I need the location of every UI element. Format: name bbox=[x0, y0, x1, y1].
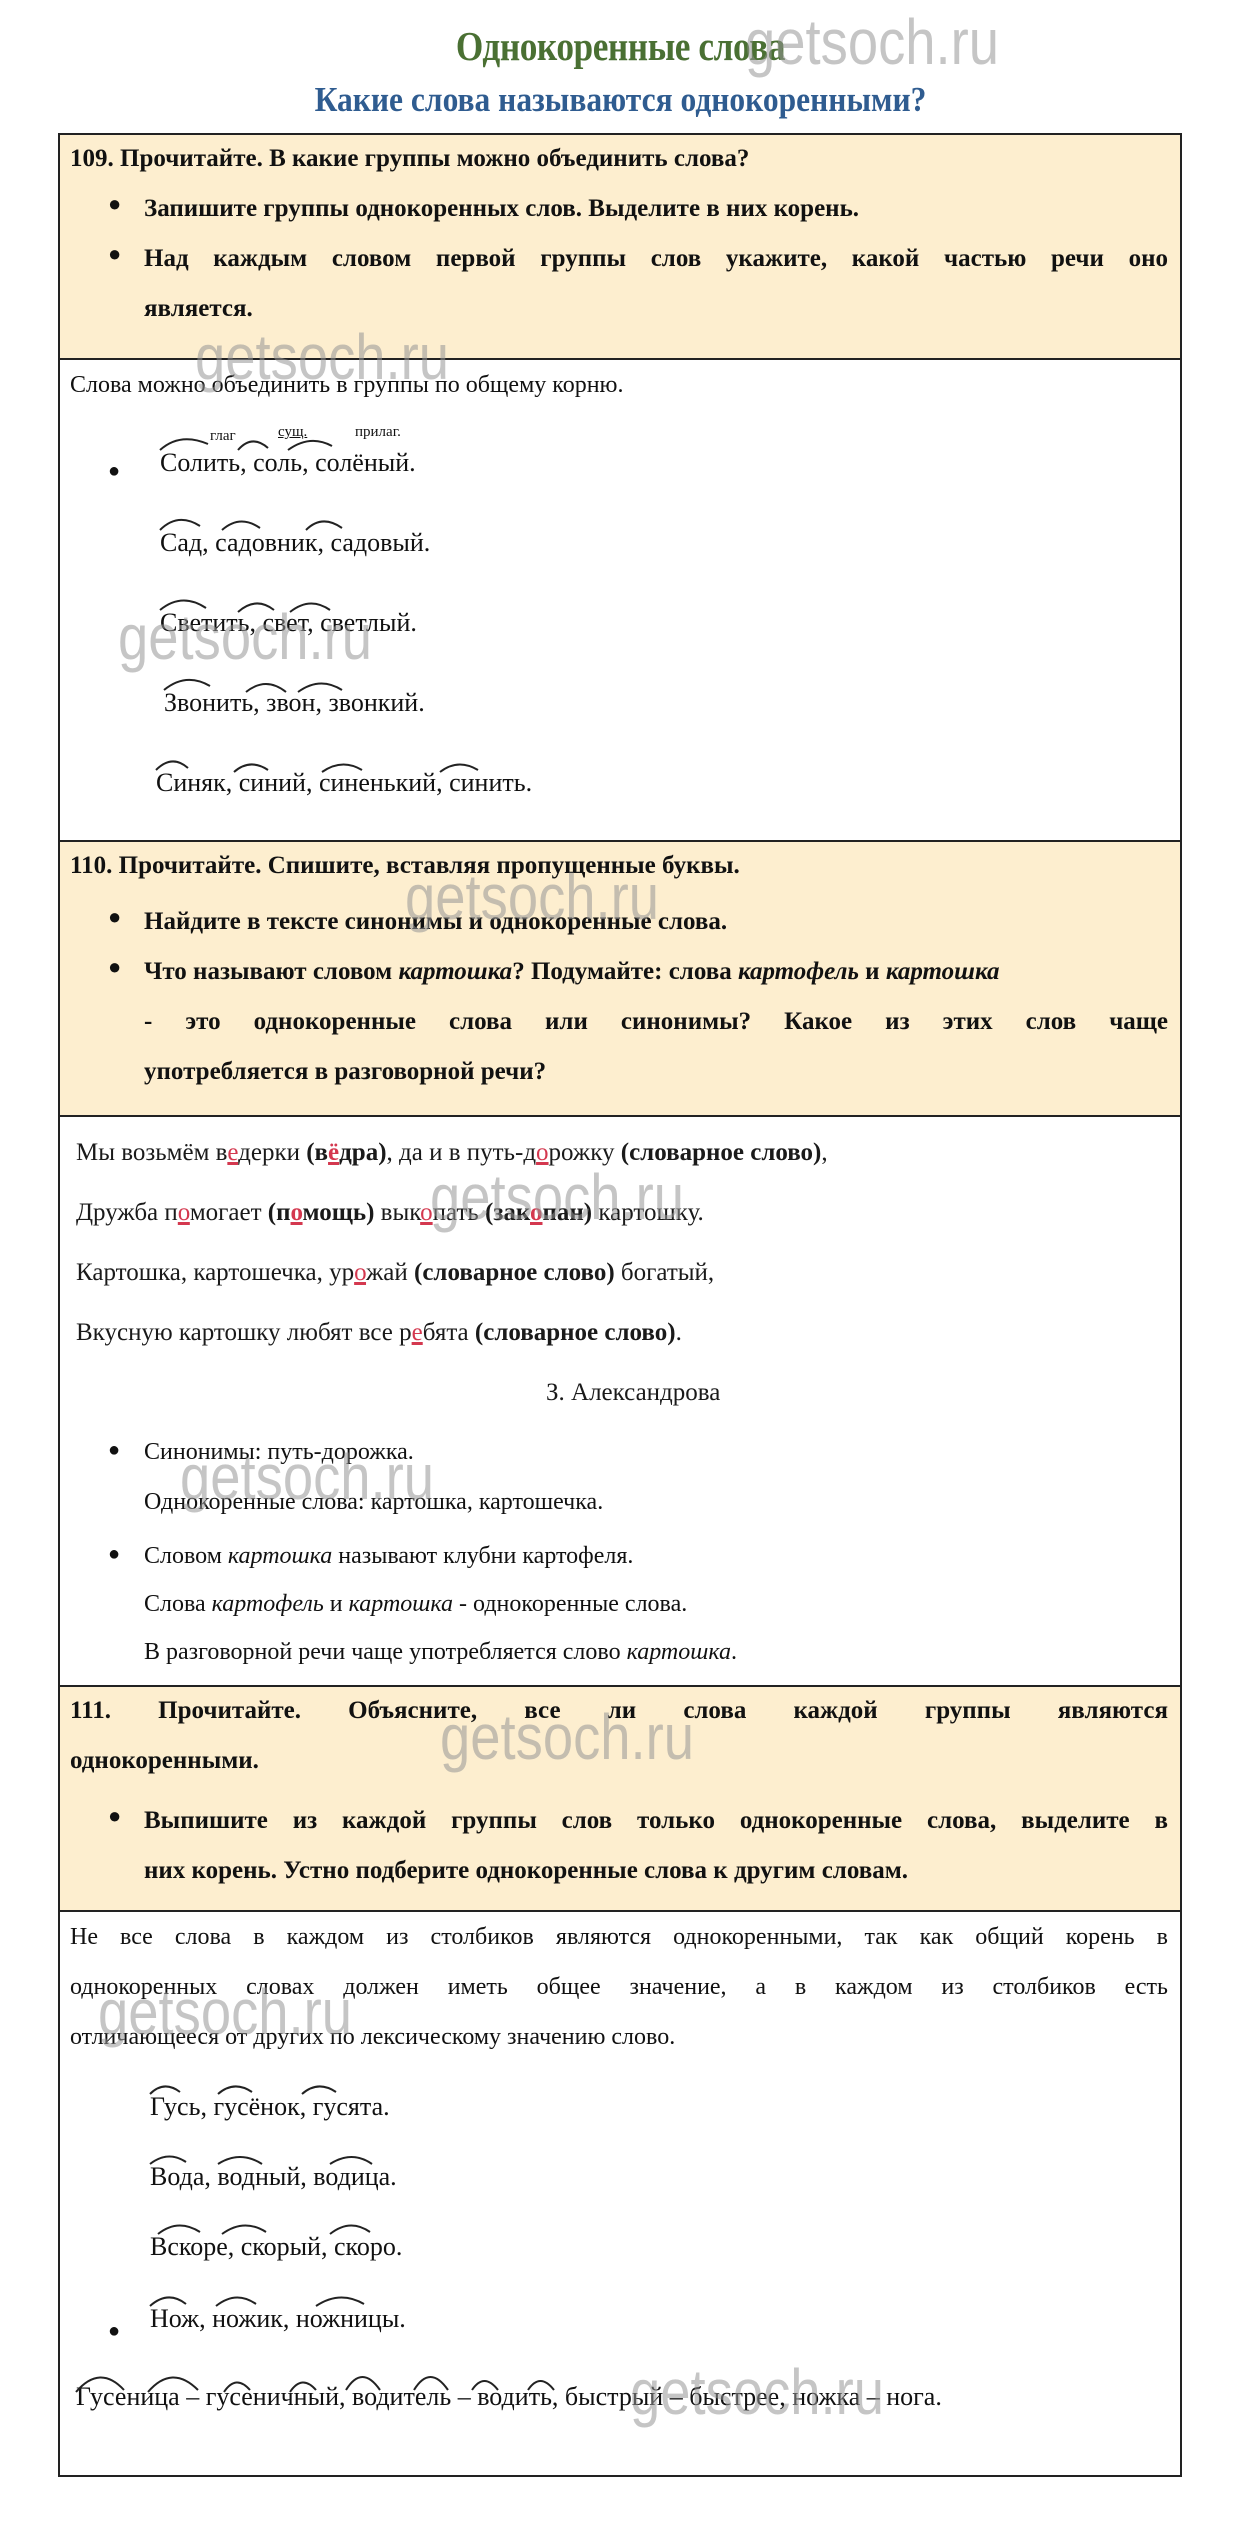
root-arcs bbox=[60, 1912, 1180, 2472]
italic-word: картошка bbox=[228, 1543, 332, 1569]
text: Дружба п bbox=[76, 1199, 178, 1226]
text: и bbox=[859, 958, 886, 985]
exercise-109-task-1: Запишите группы однокоренных слов. Выдел… bbox=[144, 195, 1168, 223]
page-title: Однокоренные слова bbox=[87, 22, 1154, 70]
dictionary-word-note: (словарное слово) bbox=[414, 1259, 615, 1286]
bullet-icon: ● bbox=[108, 904, 121, 930]
text: Что называют словом bbox=[144, 958, 398, 985]
text: рожку bbox=[549, 1139, 621, 1166]
inserted-letter: о bbox=[530, 1199, 543, 1226]
exercise-109-title: 109. Прочитайте. В какие группы можно об… bbox=[70, 145, 1168, 173]
story-line-3: Картошка, картошечка, урожай (словарное … bbox=[76, 1259, 714, 1287]
bullet-icon: ● bbox=[108, 191, 121, 217]
text: мощь) bbox=[303, 1199, 375, 1226]
text: . bbox=[676, 1319, 682, 1346]
page-subtitle: Какие слова называются однокоренными? bbox=[62, 80, 1179, 120]
text: (зак bbox=[485, 1199, 530, 1226]
dictionary-word-note: (словарное слово) bbox=[475, 1319, 676, 1346]
answer-synonyms: Синонимы: путь-дорожка. bbox=[144, 1439, 414, 1466]
text: и bbox=[324, 1591, 349, 1617]
text: могает bbox=[190, 1199, 268, 1226]
answer-colloquial: В разговорной речи чаще употребляется сл… bbox=[144, 1639, 737, 1666]
text: (в bbox=[306, 1139, 328, 1166]
exercise-109-task-2: Над каждым словом первой группы слов ука… bbox=[144, 245, 1168, 273]
text: . bbox=[731, 1639, 737, 1665]
italic-word: картошка bbox=[627, 1639, 731, 1665]
answer-cognate-pair: Слова картофель и картошка - однокоренны… bbox=[144, 1591, 687, 1618]
exercise-109-task-2-cont: является. bbox=[144, 295, 1168, 323]
text: Словом bbox=[144, 1543, 228, 1569]
exercise-110-task-2-cont: - это однокоренные слова или синонимы? К… bbox=[144, 1008, 1168, 1036]
text: Мы возьмём в bbox=[76, 1139, 227, 1166]
exercise-111-answer: Не все слова в каждом из столбиков являю… bbox=[60, 1912, 1180, 2475]
exercise-110-title: 110. Прочитайте. Спишите, вставляя пропу… bbox=[70, 852, 1168, 880]
exercise-111-task: Выпишите из каждой группы слов только од… bbox=[144, 1807, 1168, 1835]
text: Картошка, картошечка, ур bbox=[76, 1259, 354, 1286]
inserted-letter: о bbox=[178, 1199, 190, 1226]
text: пан) bbox=[543, 1199, 593, 1226]
text: картошку. bbox=[592, 1199, 704, 1226]
text: Вкусную картошку любят все р bbox=[76, 1319, 412, 1346]
exercise-111-title-cont: однокоренными. bbox=[70, 1747, 1168, 1775]
inserted-letter: е bbox=[412, 1319, 423, 1346]
text: - однокоренные слова. bbox=[453, 1591, 687, 1617]
italic-word: картофель bbox=[738, 958, 859, 985]
text: вык bbox=[374, 1199, 420, 1226]
root-arcs bbox=[60, 360, 1180, 840]
bullet-icon: ● bbox=[108, 1803, 121, 1829]
italic-word: картошка bbox=[886, 958, 1000, 985]
italic-word: картофель bbox=[212, 1591, 324, 1617]
text: , да и в путь-д bbox=[387, 1139, 537, 1166]
exercise-109-answer: Слова можно объединить в группы по общем… bbox=[60, 360, 1180, 842]
inserted-letter: о bbox=[354, 1259, 366, 1286]
text: В разговорной речи чаще употребляется сл… bbox=[144, 1639, 627, 1665]
text: дра) bbox=[339, 1139, 386, 1166]
exercise-111-title: 111. Прочитайте. Объясните, все ли слова… bbox=[70, 1697, 1168, 1725]
text: (п bbox=[268, 1199, 291, 1226]
text: , bbox=[821, 1139, 827, 1166]
story-author: З. Александрова bbox=[546, 1379, 720, 1407]
bullet-icon: ● bbox=[108, 1543, 120, 1566]
exercise-110-task-2-end: употребляется в разговорной речи? bbox=[144, 1058, 1168, 1086]
story-line-2: Дружба помогает (помощь) выкопать (закоп… bbox=[76, 1199, 704, 1227]
answer-cognates: Однокоренные слова: картошка, картошечка… bbox=[144, 1489, 603, 1516]
text: богатый, bbox=[615, 1259, 715, 1286]
text: называют клубни картофеля. bbox=[332, 1543, 633, 1569]
exercise-110-question: 110. Прочитайте. Спишите, вставляя пропу… bbox=[60, 842, 1180, 1117]
text: Слова bbox=[144, 1591, 212, 1617]
inserted-letter: ё bbox=[328, 1139, 339, 1166]
answer-kartoshka-meaning: Словом картошка называют клубни картофел… bbox=[144, 1543, 633, 1570]
exercise-111-question: 111. Прочитайте. Объясните, все ли слова… bbox=[60, 1687, 1180, 1912]
exercise-110-task-1: Найдите в тексте синонимы и однокоренные… bbox=[144, 908, 1168, 936]
bullet-icon: ● bbox=[108, 954, 121, 980]
inserted-letter: е bbox=[227, 1139, 238, 1166]
story-line-1: Мы возьмём ведерки (вёдра), да и в путь-… bbox=[76, 1139, 828, 1167]
exercise-111-task-cont: них корень. Устно подберите однокоренные… bbox=[144, 1857, 1168, 1885]
inserted-letter: о bbox=[536, 1139, 549, 1166]
inserted-letter: о bbox=[420, 1199, 433, 1226]
exercise-110-answer: Мы возьмём ведерки (вёдра), да и в путь-… bbox=[60, 1117, 1180, 1687]
exercise-109-question: 109. Прочитайте. В какие группы можно об… bbox=[60, 135, 1180, 360]
italic-word: картошка bbox=[349, 1591, 453, 1617]
text: пать bbox=[433, 1199, 485, 1226]
dictionary-word-note: (словарное слово) bbox=[621, 1139, 822, 1166]
text: дерки bbox=[238, 1139, 306, 1166]
italic-word: картошка bbox=[398, 958, 512, 985]
text: ? Подумайте: слова bbox=[512, 958, 738, 985]
exercise-110-task-2: Что называют словом картошка? Подумайте:… bbox=[144, 958, 1168, 986]
story-line-4: Вкусную картошку любят все ребята (слова… bbox=[76, 1319, 682, 1347]
text: жай bbox=[366, 1259, 414, 1286]
bullet-icon: ● bbox=[108, 1439, 120, 1462]
exercises-table: 109. Прочитайте. В какие группы можно об… bbox=[58, 133, 1182, 2477]
bullet-icon: ● bbox=[108, 241, 121, 267]
inserted-letter: о bbox=[291, 1199, 303, 1226]
text: бята bbox=[423, 1319, 475, 1346]
